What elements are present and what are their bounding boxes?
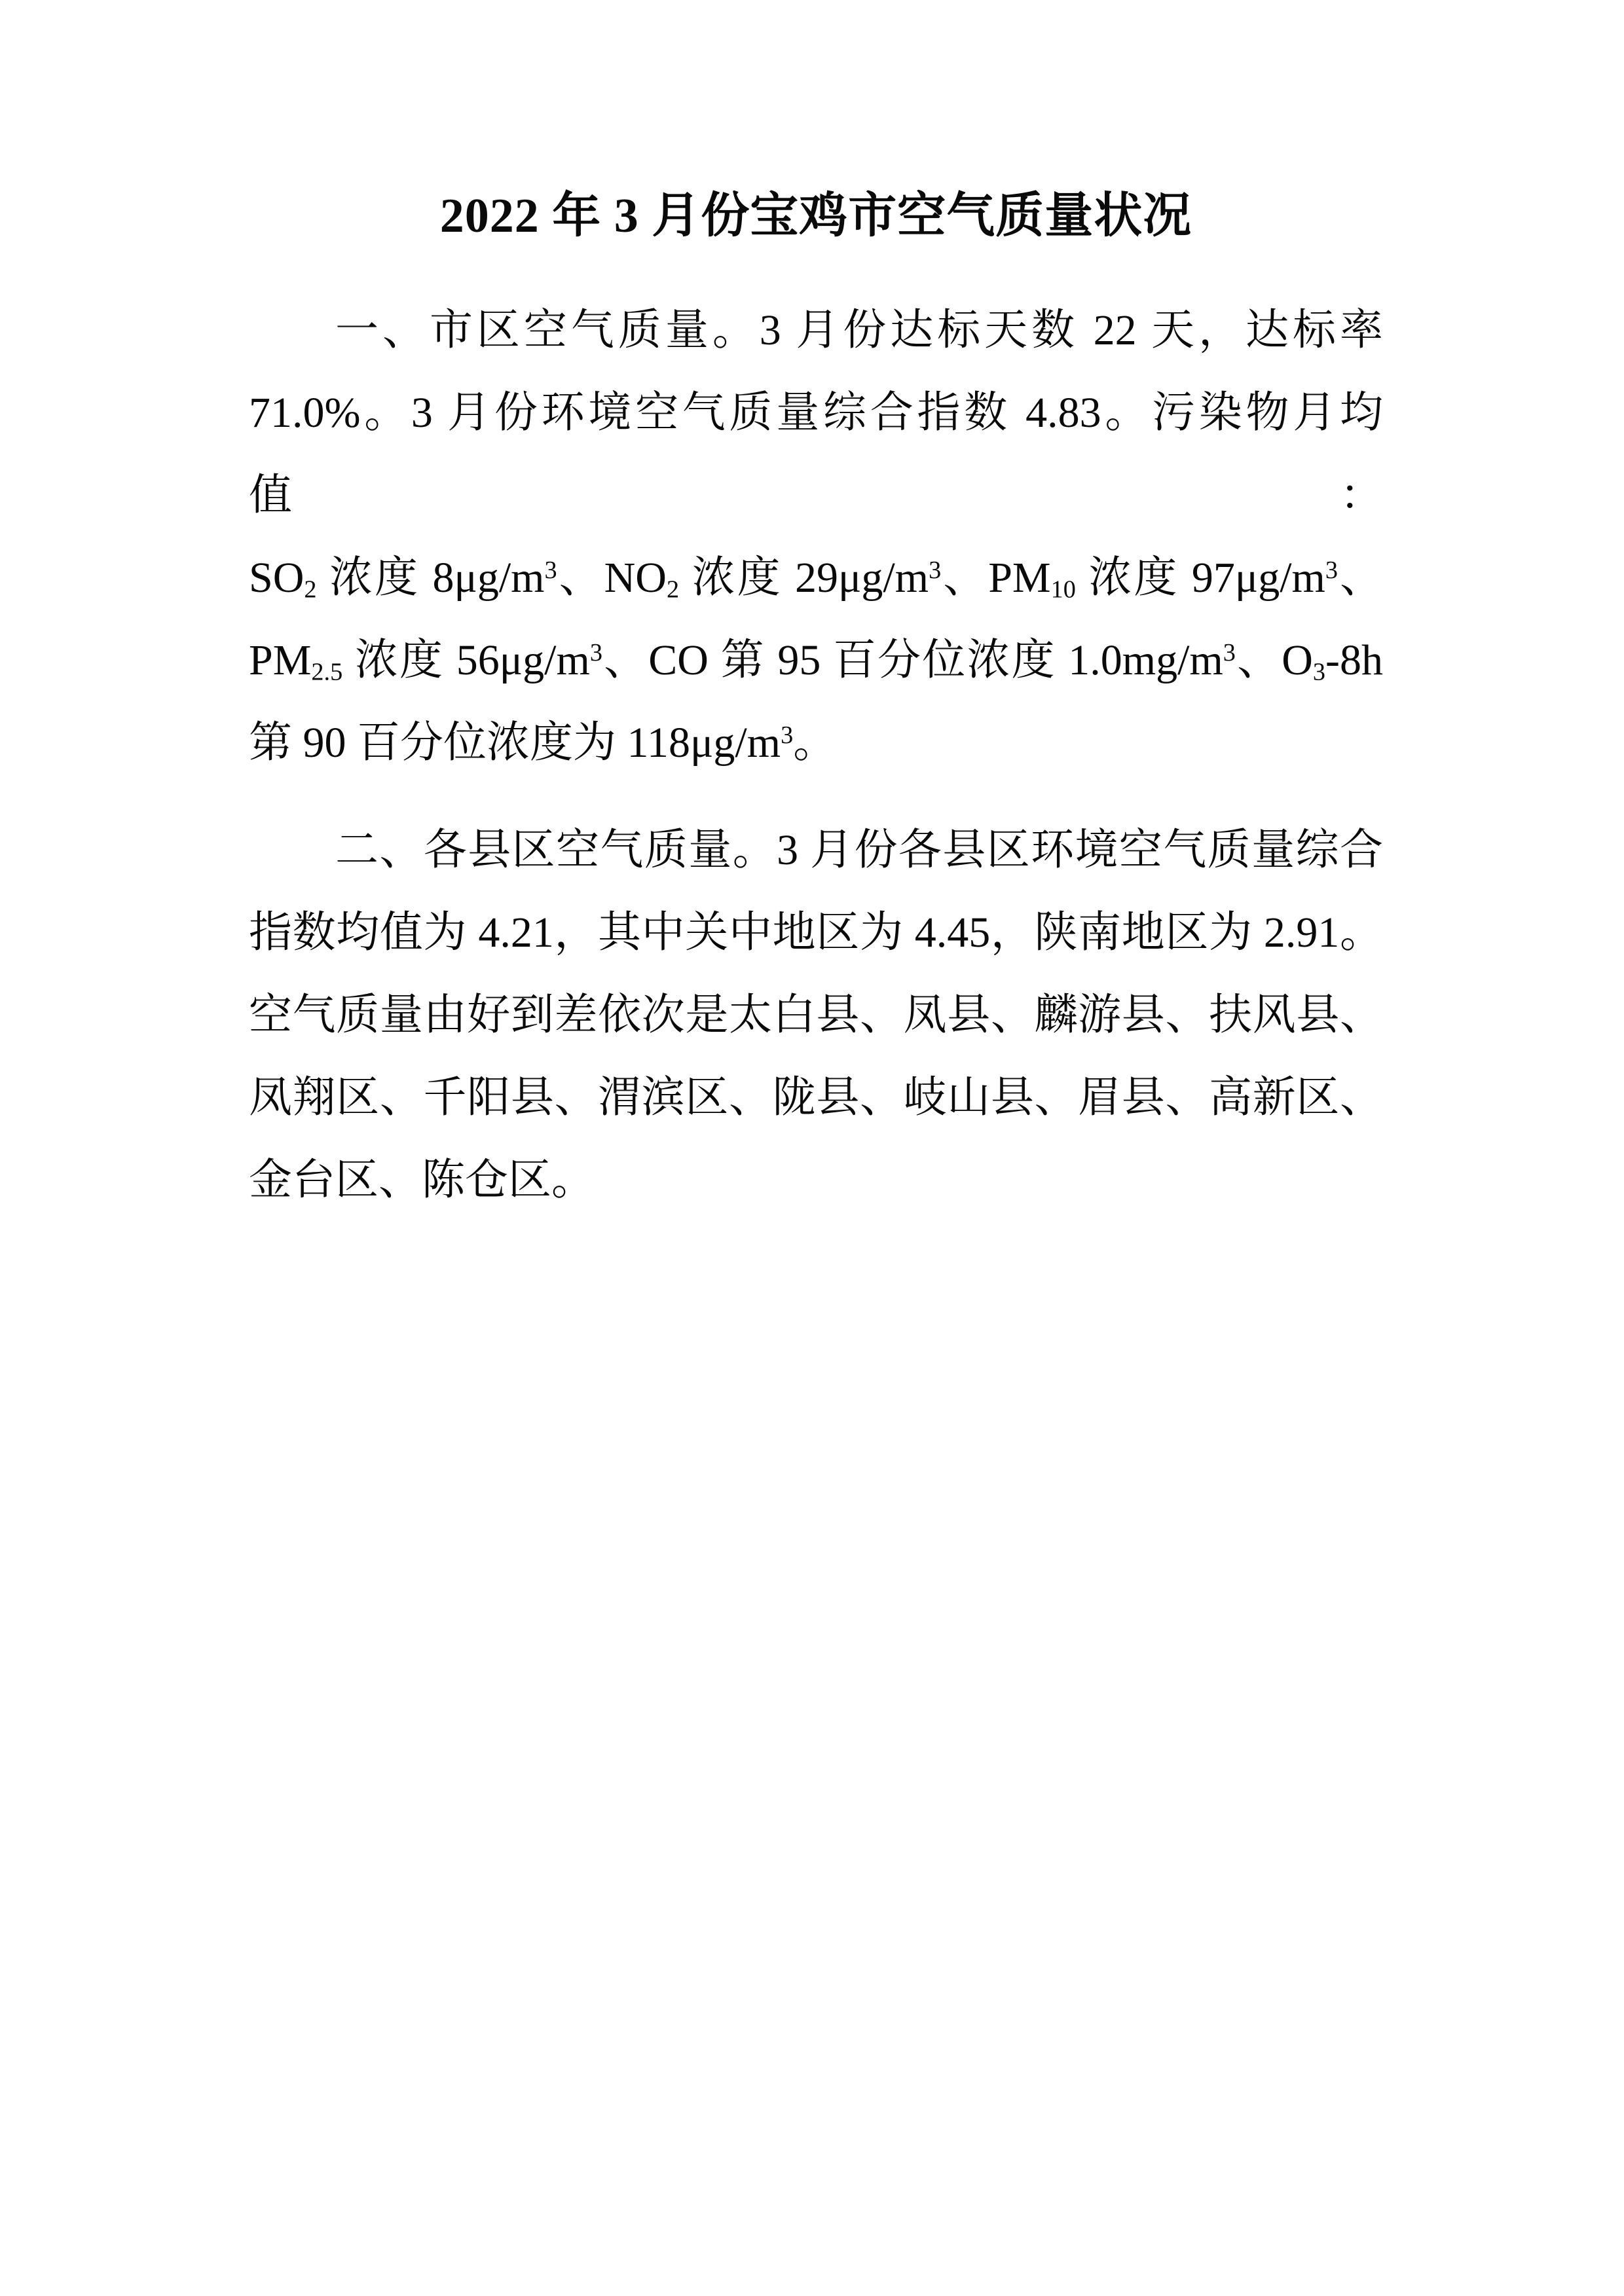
text-run: 指数均值为 4.21，其中关中地区为 4.45，陕南地区为 2.91。 (249, 909, 1383, 957)
text-run: 71.0%。3 月份环境空气质量综合指数 4.83。污染物月均值： (249, 389, 1383, 519)
text-run: 。 (793, 719, 836, 767)
text-run: 浓度 8μg/m (317, 554, 545, 602)
text-run: 浓度 97μg/m (1076, 554, 1325, 602)
text-run: 二、各县区空气质量。3 月份各县区环境空气质量综合 (335, 826, 1383, 874)
text-line: 71.0%。3 月份环境空气质量综合指数 4.83。污染物月均值： (249, 372, 1383, 537)
text-run: 凤翔区、千阳县、渭滨区、陇县、岐山县、眉县、高新区、 (249, 1074, 1383, 1121)
sup-text: 3 (929, 556, 941, 584)
sub-text: 2.5 (311, 658, 342, 685)
sup-text: 3 (1223, 639, 1236, 666)
sub-text: 10 (1051, 575, 1076, 603)
text-run: PM (249, 636, 311, 684)
text-line: 二、各县区空气质量。3 月份各县区环境空气质量综合 (249, 809, 1383, 892)
text-line: 空气质量由好到差依次是太白县、凤县、麟游县、扶风县、 (249, 974, 1383, 1057)
text-run: SO (249, 554, 304, 602)
text-line: 第 90 百分位浓度为 118μg/m3。 (249, 702, 1383, 784)
text-line: 指数均值为 4.21，其中关中地区为 4.45，陕南地区为 2.91。 (249, 892, 1383, 974)
text-run: 一、市区空气质量。3 月份达标天数 22 天，达标率 (335, 306, 1383, 354)
text-run: 、 (1338, 554, 1383, 602)
text-line: 金台区、陈仓区。 (249, 1139, 1383, 1222)
document-body: 一、市区空气质量。3 月份达标天数 22 天，达标率71.0%。3 月份环境空气… (249, 289, 1383, 1222)
text-run: 浓度 29μg/m (679, 554, 929, 602)
sup-text: 3 (781, 721, 793, 749)
text-run: 空气质量由好到差依次是太白县、凤县、麟游县、扶风县、 (249, 991, 1383, 1039)
paragraph-city-air-quality: 一、市区空气质量。3 月份达标天数 22 天，达标率71.0%。3 月份环境空气… (249, 289, 1383, 784)
text-line: 一、市区空气质量。3 月份达标天数 22 天，达标率 (249, 289, 1383, 372)
text-line: 凤翔区、千阳县、渭滨区、陇县、岐山县、眉县、高新区、 (249, 1057, 1383, 1139)
text-run: 、NO (557, 554, 667, 602)
document-title: 2022 年 3 月份宝鸡市空气质量状况 (249, 175, 1383, 257)
sub-text: 2 (304, 575, 316, 603)
text-run: -8h (1325, 636, 1383, 684)
text-run: 、PM (941, 554, 1050, 602)
text-run: 、CO 第 95 百分位浓度 1.0mg/m (602, 636, 1223, 684)
sup-text: 3 (1325, 556, 1338, 584)
paragraph-county-air-quality: 二、各县区空气质量。3 月份各县区环境空气质量综合指数均值为 4.21，其中关中… (249, 809, 1383, 1222)
text-line: PM2.5 浓度 56μg/m3、CO 第 95 百分位浓度 1.0mg/m3、… (249, 619, 1383, 702)
text-run: 浓度 56μg/m (342, 636, 590, 684)
sub-text: 3 (1313, 658, 1325, 685)
sup-text: 3 (545, 556, 557, 584)
text-line: SO2 浓度 8μg/m3、NO2 浓度 29μg/m3、PM10 浓度 97μ… (249, 537, 1383, 619)
text-run: 金台区、陈仓区。 (249, 1156, 595, 1204)
sub-text: 2 (667, 575, 679, 603)
document-content: 2022 年 3 月份宝鸡市空气质量状况 一、市区空气质量。3 月份达标天数 2… (249, 175, 1383, 1222)
text-run: 、O (1236, 636, 1313, 684)
sup-text: 3 (590, 639, 602, 666)
text-run: 第 90 百分位浓度为 118μg/m (249, 719, 781, 767)
document-page: 2022 年 3 月份宝鸡市空气质量状况 一、市区空气质量。3 月份达标天数 2… (0, 0, 1624, 2296)
